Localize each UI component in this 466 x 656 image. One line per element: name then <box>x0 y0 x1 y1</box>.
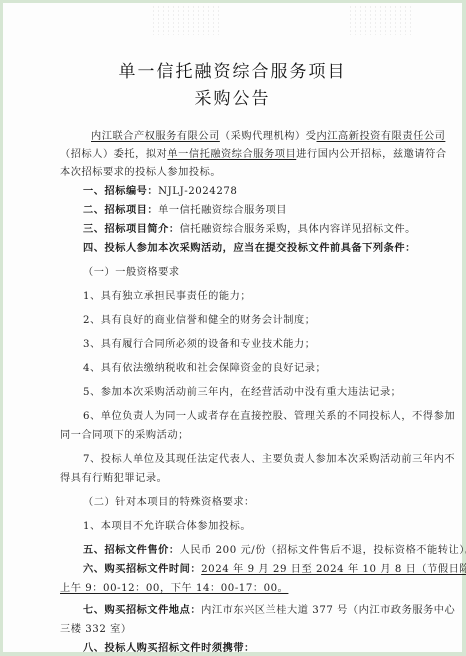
requirement-item: 6、单位负责人为同一人或者存在直接控股、管理关系的不同投标人，不得参加 <box>83 407 455 422</box>
section-label: 七、购买招标文件地点： <box>83 604 201 616</box>
requirement-item-cont: 得具有行贿犯罪记录。 <box>60 469 167 484</box>
section-label: 一、招标编号： <box>83 185 158 197</box>
intro-line-2: （招标人）委托，拟对单一信托融资综合服务项目进行国内公开招标，兹邀请符合 <box>60 145 447 160</box>
price-value: 人民币 200 元/份（招标文件售后不退，投标资格不能转让）。 <box>180 545 466 556</box>
general-requirements-heading: （一）一般资格要求 <box>83 263 180 278</box>
requirement-item: 3、具有履行合同所必须的设备和专业技术能力； <box>83 335 316 350</box>
requirement-item: 1、具有独立承担民事责任的能力； <box>83 287 251 302</box>
document-page: 单一信托融资综合服务项目 采购公告 内江联合产权服务有限公司（采购代理机构）受内… <box>3 3 462 652</box>
requirement-item: 5、参加本次采购活动前三年内，在经营活动中没有重大违法记录； <box>83 383 401 398</box>
special-requirement-item: 1、本项目不允许联合体参加投标。 <box>83 517 251 532</box>
scan-noise <box>348 5 413 35</box>
section-4: 四、投标人参加本次采购活动，应当在提交投标文件前具备下列条件： <box>83 239 416 254</box>
section-label: 三、招标项目简介： <box>83 223 180 235</box>
project-summary: 信托融资综合服务采购，具体内容详见招标文件。 <box>180 224 416 235</box>
purchase-location-cont: 三楼 332 室） <box>60 620 132 635</box>
requirement-item-cont: 同一合同项下的采购活动； <box>60 426 189 441</box>
special-requirements-heading: （二）针对本项目的特殊资格要求： <box>83 493 255 508</box>
section-1: 一、招标编号：NJLJ-2024278 <box>83 182 237 197</box>
document-title: 单一信托融资综合服务项目 <box>3 57 462 82</box>
intro-text: （招标人）委托，拟对 <box>60 149 167 160</box>
purchase-location: 内江市东兴区兰桂大道 377 号（内江市政务服务中心 <box>201 605 455 616</box>
intro-text: 进行国内公开招标，兹邀请符合 <box>296 149 446 160</box>
intro-line-3: 本次招标要求的投标人参加投标。 <box>60 163 221 178</box>
section-3: 三、招标项目简介：信托融资综合服务采购，具体内容详见招标文件。 <box>83 220 416 235</box>
requirement-item: 7、投标人单位及其现任法定代表人、主要负责人参加本次采购活动前三年内不 <box>83 450 455 465</box>
tender-number: NJLJ-2024278 <box>158 186 237 197</box>
purchase-hours: 上午 9：00-12：00，下午 14：00-17：00。 <box>60 579 288 594</box>
tenderer-name: 内江高新投资有限责任公司 <box>317 131 446 142</box>
section-label: 六、购买招标文件时间： <box>83 563 201 575</box>
document-subtitle: 采购公告 <box>3 84 462 109</box>
agency-name: 内江联合产权服务有限公司 <box>91 131 220 142</box>
section-8: 八、投标人购买招标文件时须携带： <box>83 639 255 654</box>
section-7: 七、购买招标文件地点：内江市东兴区兰桂大道 377 号（内江市政务服务中心 <box>83 601 455 616</box>
section-6: 六、购买招标文件时间：2024 年 9 月 29 日至 2024 年 10 月 … <box>83 560 466 575</box>
purchase-date: 2024 年 9 月 29 日至 2024 年 10 月 8 日（节假日除外）， <box>201 564 466 575</box>
project-value: 单一信托融资综合服务项目 <box>158 205 287 216</box>
project-name: 单一信托融资综合服务项目 <box>167 149 296 160</box>
requirement-item: 4、具有依法缴纳税收和社会保障资金的良好记录； <box>83 359 326 374</box>
section-label: 二、招标项目： <box>83 204 158 216</box>
section-label: 五、招标文件售价： <box>83 544 180 556</box>
scan-noise <box>151 5 221 35</box>
requirement-item: 2、具有良好的商业信誉和健全的财务会计制度； <box>83 311 316 326</box>
section-2: 二、招标项目：单一信托融资综合服务项目 <box>83 201 287 216</box>
agency-role: （采购代理机构）受 <box>220 131 317 142</box>
intro-line-1: 内江联合产权服务有限公司（采购代理机构）受内江高新投资有限责任公司 <box>91 127 445 142</box>
section-5: 五、招标文件售价：人民币 200 元/份（招标文件售后不退，投标资格不能转让）。 <box>83 541 466 556</box>
